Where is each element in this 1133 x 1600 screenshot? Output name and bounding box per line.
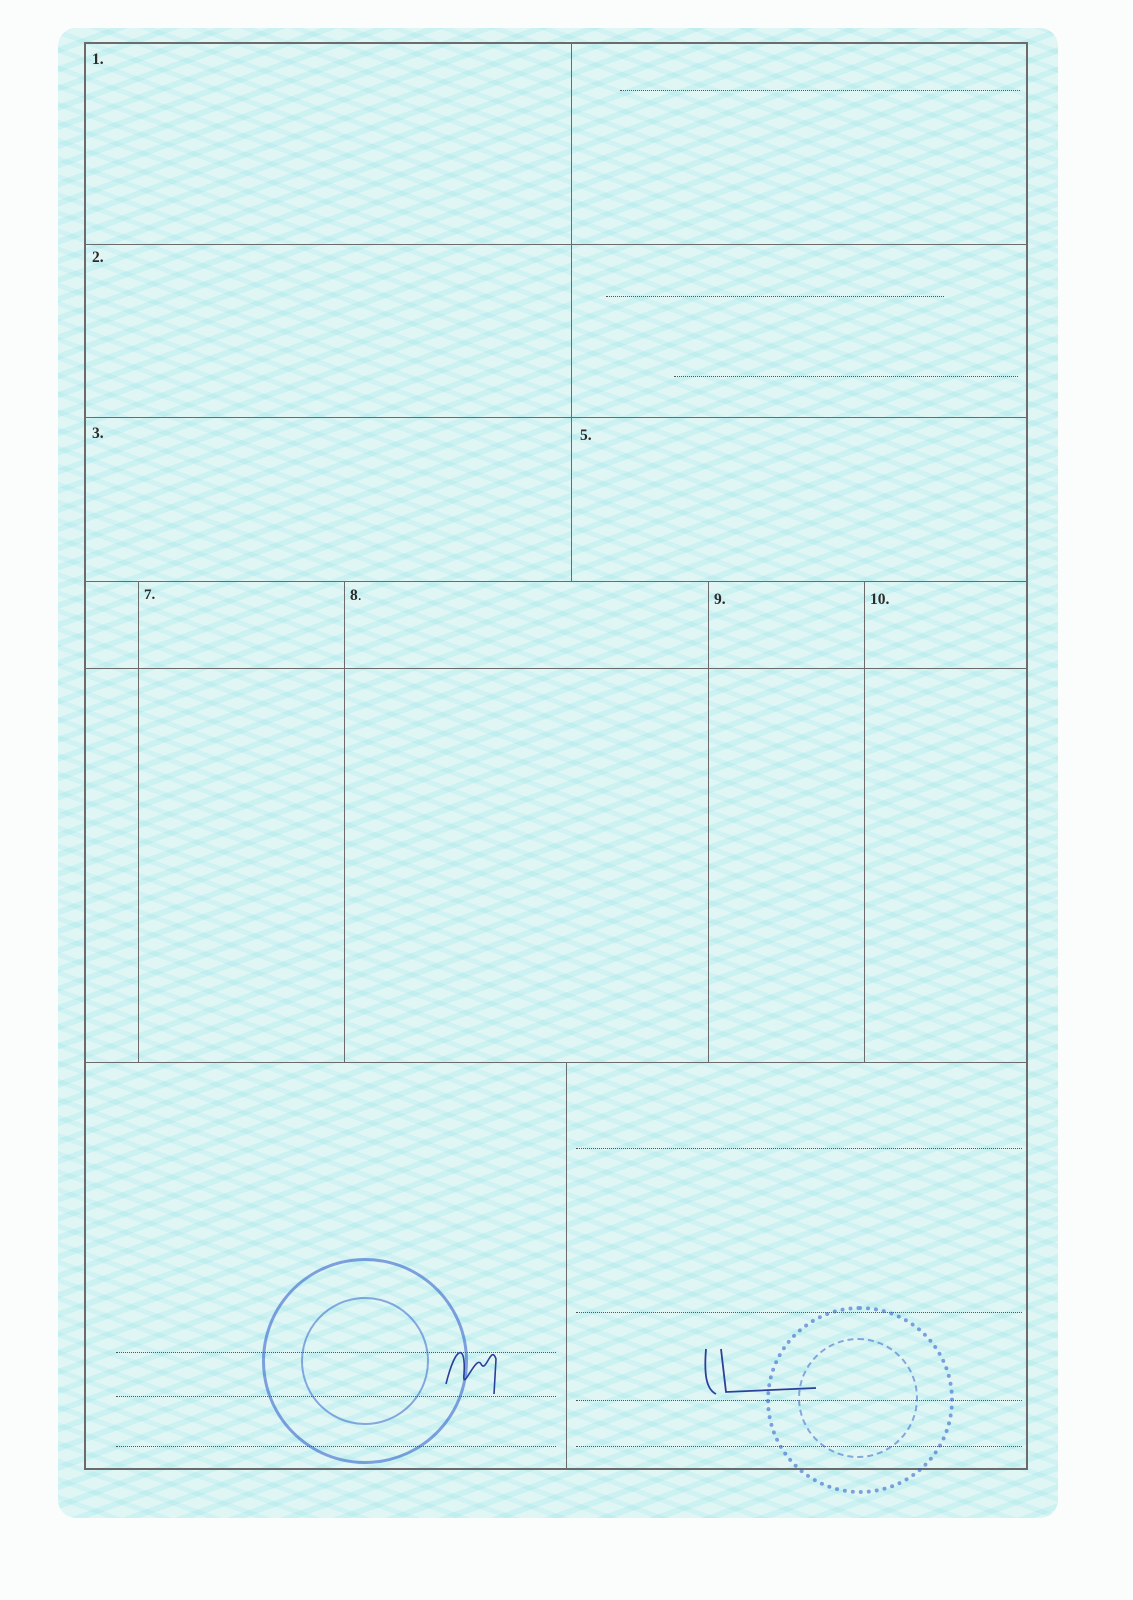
- header-col9: 9.: [714, 590, 864, 609]
- header-col8: 8.: [350, 586, 706, 605]
- header-col10: 10.: [870, 590, 1026, 609]
- box4-certificate-number: [580, 64, 1020, 94]
- box11-certification: [92, 1068, 560, 1070]
- box3-purpose: 3.: [92, 424, 570, 443]
- box2-label-kz: 2.: [92, 248, 570, 267]
- certificate-form: 1. 2.: [84, 42, 1028, 1470]
- box3-label-kz: 3.: [92, 424, 570, 443]
- signature-line-icon: [686, 1344, 836, 1404]
- issued-country-ru: [608, 354, 1018, 394]
- box5-official-notes: 5.: [580, 426, 1020, 445]
- box1-label-kz: 1.: [92, 50, 570, 69]
- signature-scribble-icon: [436, 1334, 506, 1404]
- box4-title: [572, 118, 1028, 142]
- box1-producer: 1.: [92, 50, 570, 71]
- issued-country-kz: [606, 276, 1016, 316]
- box5-label-kz: 5.: [580, 426, 1020, 445]
- box2-recipient: 2.: [92, 248, 570, 267]
- header-col7: 7.: [144, 586, 344, 605]
